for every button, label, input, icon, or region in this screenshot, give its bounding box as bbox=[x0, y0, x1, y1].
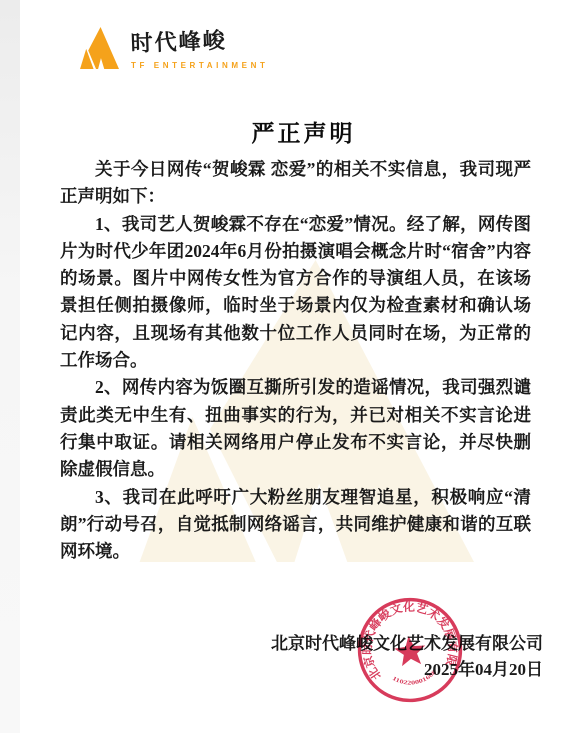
statement-body: 关于今日网传“贺峻霖 恋爱”的相关不实信息，我司现严正声明如下： 1、我司艺人贺… bbox=[60, 156, 531, 565]
statement-document: 时代峰峻 TF ENTERTAINMENT 严正声明 关于今日网传“贺峻霖 恋爱… bbox=[20, 0, 587, 733]
signature-block: 北京时代峰峻文化艺术发展有限公司 2025年04月20日 bbox=[271, 632, 543, 681]
tf-triangle-logo-icon bbox=[78, 27, 119, 69]
brand-name-english: TF ENTERTAINMENT bbox=[131, 61, 268, 70]
brand-header: 时代峰峻 TF ENTERTAINMENT bbox=[78, 27, 268, 70]
statement-title: 严正声明 bbox=[20, 115, 587, 148]
page-left-margin-band bbox=[0, 0, 20, 733]
statement-date: 2025年04月20日 bbox=[271, 658, 543, 681]
brand-name-chinese: 时代峰峻 bbox=[130, 28, 268, 55]
statement-paragraph: 2、网传内容为饭圈互撕所引发的造谣情况，我司强烈谴责此类无中生有、扭曲事实的行为… bbox=[60, 374, 531, 483]
company-name: 北京时代峰峻文化艺术发展有限公司 bbox=[271, 632, 543, 655]
statement-paragraph: 1、我司艺人贺峻霖不存在“恋爱”情况。经了解，网传图片为时代少年团2024年6月… bbox=[60, 211, 531, 375]
statement-paragraph: 3、我司在此呼吁广大粉丝朋友理智追星，积极响应“清朗”行动号召，自觉抵制网络谣言… bbox=[60, 484, 531, 566]
statement-paragraph: 关于今日网传“贺峻霖 恋爱”的相关不实信息，我司现严正声明如下： bbox=[60, 156, 531, 211]
